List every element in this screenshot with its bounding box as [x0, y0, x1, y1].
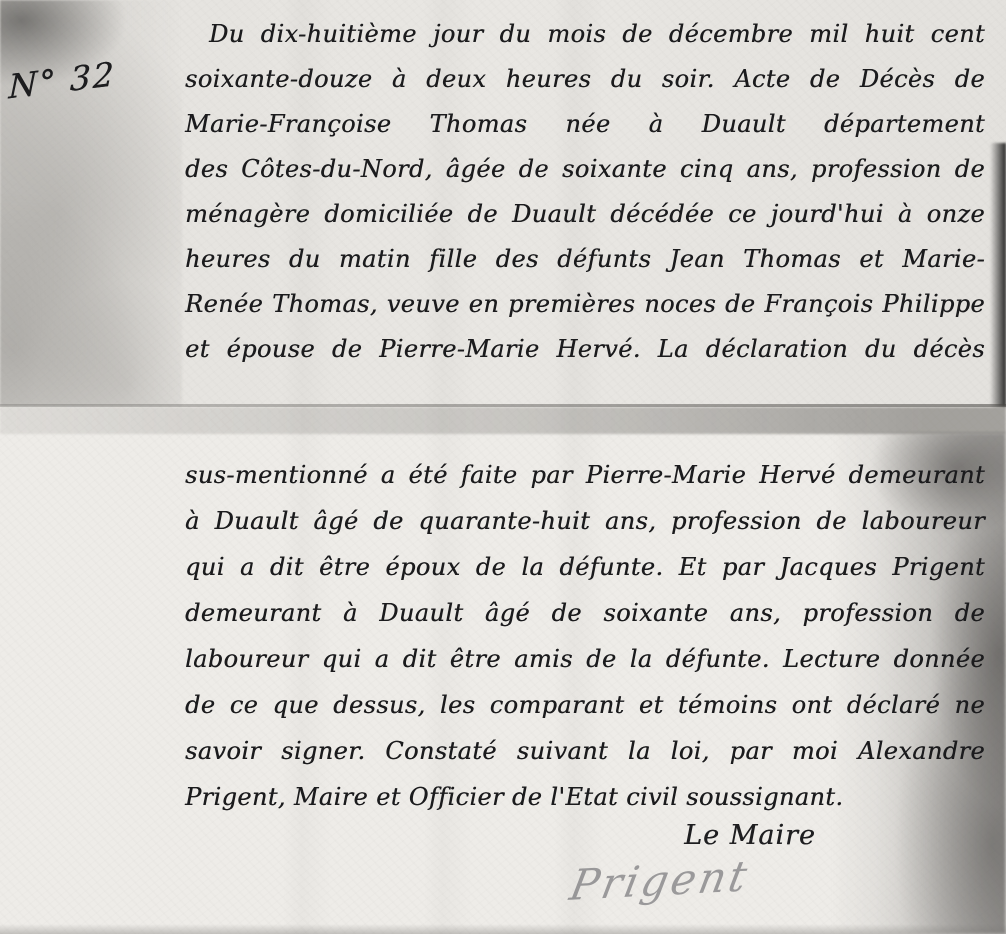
manuscript-line: laboureur qui a dit être amis de la défu…: [185, 636, 985, 682]
manuscript-line: heures du matin fille des défunts Jean T…: [185, 237, 985, 282]
manuscript-line: qui a dit être époux de la défunte. Et p…: [185, 544, 985, 590]
mayor-signature: Prigent: [515, 848, 804, 912]
manuscript-line: à Duault âgé de quarante-huit ans, profe…: [185, 498, 985, 544]
act-text-lower-block: sus-mentionné a été faite par Pierre-Mar…: [185, 452, 985, 820]
scan-seam-band: [0, 407, 1006, 434]
act-text-upper-block: Du dix-huitième jour du mois de décembre…: [185, 12, 985, 372]
bottom-edge-shadow: [0, 924, 1006, 934]
closing-le-maire: Le Maire: [640, 820, 860, 851]
manuscript-line: Renée Thomas, veuve en premières noces d…: [185, 282, 985, 327]
manuscript-line: ménagère domiciliée de Duault décédée ce…: [185, 192, 985, 237]
manuscript-line: demeurant à Duault âgé de soixante ans, …: [185, 590, 985, 636]
right-binding-shadow: [990, 143, 1006, 407]
manuscript-line: des Côtes-du-Nord, âgée de soixante cinq…: [185, 147, 985, 192]
scanned-death-record-page: N° 32 Du dix-huitième jour du mois de dé…: [0, 0, 1006, 934]
manuscript-line: de ce que dessus, les comparant et témoi…: [185, 682, 985, 728]
manuscript-line: Du dix-huitième jour du mois de décembre…: [185, 12, 985, 57]
manuscript-line: Marie-Françoise Thomas née à Duault dépa…: [185, 102, 985, 147]
manuscript-line: sus-mentionné a été faite par Pierre-Mar…: [185, 452, 985, 498]
manuscript-line: savoir signer. Constaté suivant la loi, …: [185, 728, 985, 774]
manuscript-line: et épouse de Pierre-Marie Hervé. La décl…: [185, 327, 985, 372]
manuscript-line: soixante-douze à deux heures du soir. Ac…: [185, 57, 985, 102]
manuscript-line: Prigent, Maire et Officier de l'Etat civ…: [185, 774, 985, 820]
